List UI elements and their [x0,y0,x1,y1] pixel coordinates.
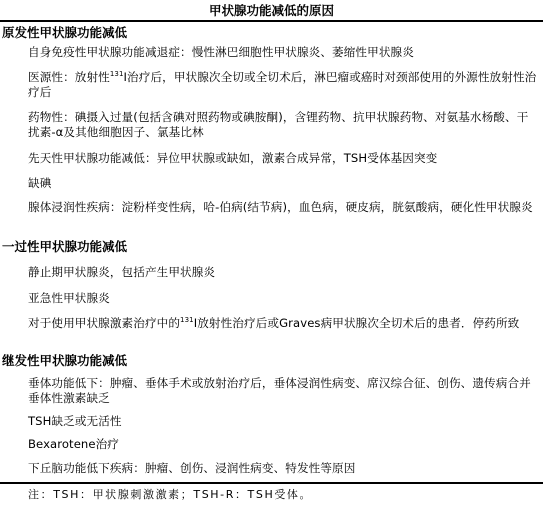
list-item: Bexarotene治疗 [28,437,538,452]
list-item: 药物性：碘摄入过量(包括含碘对照药物或碘胺酮)，含锂药物、抗甲状腺药物、对氨基水… [28,110,538,140]
item-text-post: I放射性治疗后或Graves病甲状腺次全切术后的患者．停药所致 [194,316,520,330]
item-text-pre: 医源性：放射性 [28,70,110,84]
list-item: 先天性甲状腺功能减低：异位甲状腺或缺如，激素合成异常，TSH受体基因突变 [28,151,538,166]
superscript-isotope: 131 [110,70,124,78]
section-heading-secondary: 继发性甲状腺功能减低 [2,353,127,368]
list-item: 腺体浸润性疾病：淀粉样变性病，哈-伯病(结节病)，血色病，硬皮病，胱氨酸病，硬化… [28,200,538,215]
list-item: TSH缺乏或无活性 [28,414,538,429]
superscript-isotope: 131 [180,316,194,324]
list-item: 医源性：放射性131I治疗后，甲状腺次全切或全切术后，淋巴瘤或癌时对颈部使用的外… [28,70,538,100]
list-item: 亚急性甲状腺炎 [28,291,538,306]
footnote: 注：TSH：甲状腺刺激激素；TSH-R：TSH受体。 [28,488,312,502]
section-heading-primary: 原发性甲状腺功能减低 [2,25,127,40]
top-rule [0,20,543,22]
list-item: 静止期甲状腺炎，包括产生甲状腺炎 [28,265,538,280]
list-item: 缺碘 [28,176,538,191]
list-item: 自身免疫性甲状腺功能减退症：慢性淋巴细胞性甲状腺炎、萎缩性甲状腺炎 [28,45,538,60]
table-title: 甲状腺功能减低的原因 [0,3,543,18]
list-item: 垂体功能低下：肿瘤、垂体手术或放射治疗后，垂体浸润性病变、席汉综合征、创伤、遗传… [28,376,538,406]
item-text-pre: 对于使用甲状腺激素治疗中的 [28,316,180,330]
bottom-rule [0,482,543,484]
list-item: 对于使用甲状腺激素治疗中的131I放射性治疗后或Graves病甲状腺次全切术后的… [28,316,538,331]
section-heading-transient: 一过性甲状腺功能减低 [2,239,127,254]
list-item: 下丘脑功能低下疾病：肿瘤、创伤、浸润性病变、特发性等原因 [28,461,538,476]
